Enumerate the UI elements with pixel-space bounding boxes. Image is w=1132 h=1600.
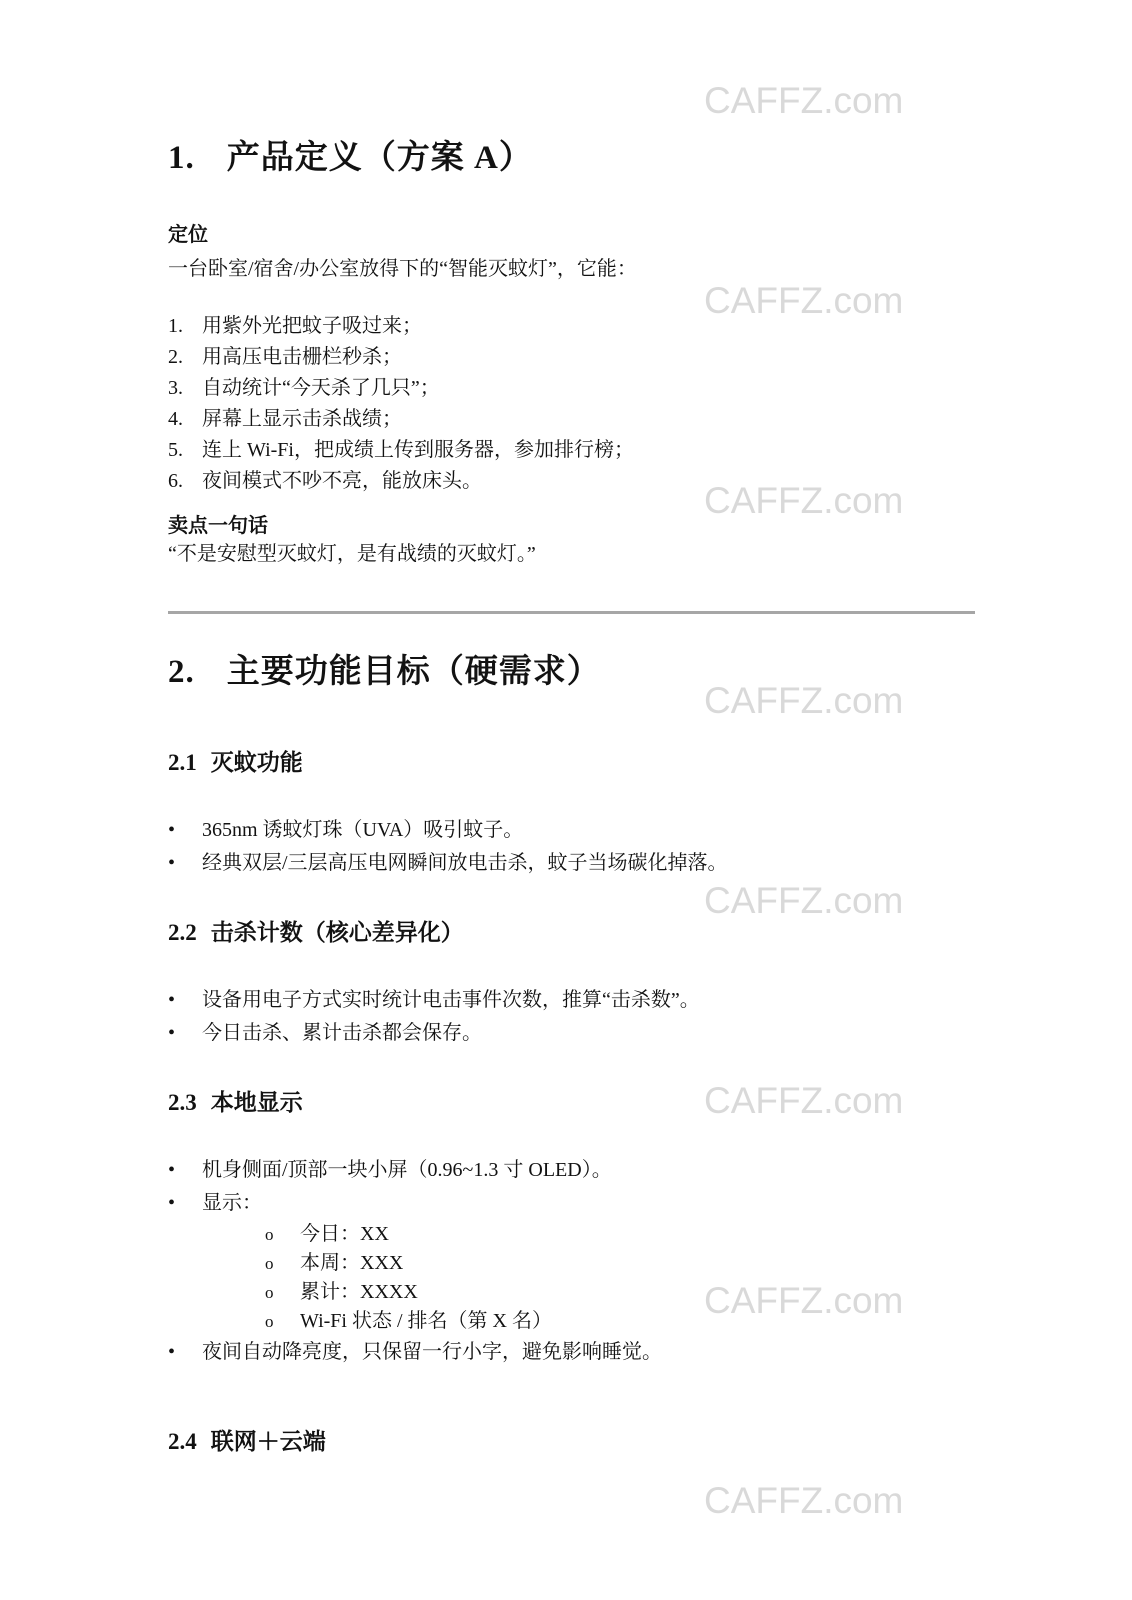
- bullet-list: 365nm 诱蚊灯珠（UVA）吸引蚊子。 经典双层/三层高压电网瞬间放电击杀，蚊…: [168, 814, 975, 880]
- list-item-text: 设备用电子方式实时统计电击事件次数，推算“击杀数”。: [202, 984, 700, 1017]
- bullet-icon: [168, 1336, 202, 1369]
- section-2-4-title: 联网＋云端: [211, 1429, 326, 1454]
- section-2-2-number: 2.2: [168, 918, 197, 948]
- list-item-number: 6.: [168, 466, 202, 497]
- selling-point-text: “不是安慰型灭蚊灯，是有战绩的灭蚊灯。”: [168, 540, 975, 568]
- document-page: CAFFZ.com CAFFZ.com CAFFZ.com CAFFZ.com …: [0, 0, 1132, 1600]
- list-item: 365nm 诱蚊灯珠（UVA）吸引蚊子。: [168, 814, 975, 847]
- watermark: CAFFZ.com: [704, 82, 904, 119]
- sub-list-item-text: Wi-Fi 状态 / 排名（第 X 名）: [300, 1307, 552, 1336]
- bullet-icon: [168, 814, 202, 847]
- list-item-text: 用紫外光把蚊子吸过来；: [202, 311, 422, 342]
- list-item: 4.屏幕上显示击杀战绩；: [168, 404, 975, 435]
- section-2-4-number: 2.4: [168, 1427, 197, 1457]
- bullet-icon: [168, 1017, 202, 1050]
- selling-point-label: 卖点一句话: [168, 512, 975, 540]
- list-item: 5.连上 Wi-Fi，把成绩上传到服务器，参加排行榜；: [168, 435, 975, 466]
- list-item-text: 屏幕上显示击杀战绩；: [202, 404, 402, 435]
- section-1-heading: 1.产品定义（方案 A）: [168, 136, 975, 180]
- list-item-text: 365nm 诱蚊灯珠（UVA）吸引蚊子。: [202, 814, 523, 847]
- section-2-3-title: 本地显示: [211, 1090, 303, 1115]
- list-item: 6.夜间模式不吵不亮，能放床头。: [168, 466, 975, 497]
- sub-list-item: 累计：XXXX: [168, 1278, 975, 1307]
- list-item-text: 自动统计“今天杀了几只”；: [202, 373, 440, 404]
- section-1-number: 1.: [168, 136, 195, 180]
- positioning-label: 定位: [168, 221, 975, 249]
- list-item-number: 1.: [168, 311, 202, 342]
- feature-numbered-list: 1.用紫外光把蚊子吸过来； 2.用高压电击栅栏秒杀； 3.自动统计“今天杀了几只…: [168, 311, 975, 497]
- list-item-number: 2.: [168, 342, 202, 373]
- list-item-text: 今日击杀、累计击杀都会保存。: [202, 1017, 482, 1050]
- circle-bullet-icon: [265, 1278, 300, 1307]
- list-item-number: 5.: [168, 435, 202, 466]
- list-item-number: 4.: [168, 404, 202, 435]
- section-2-2-title: 击杀计数（核心差异化）: [211, 920, 464, 945]
- horizontal-rule: [168, 611, 975, 614]
- sub-list-item: 本周：XXX: [168, 1249, 975, 1278]
- bullet-icon: [168, 847, 202, 880]
- section-2-3-number: 2.3: [168, 1088, 197, 1118]
- list-item: 1.用紫外光把蚊子吸过来；: [168, 311, 975, 342]
- list-item: 设备用电子方式实时统计电击事件次数，推算“击杀数”。: [168, 984, 975, 1017]
- section-2-1-heading: 2.1灭蚊功能: [168, 748, 975, 778]
- positioning-text: 一台卧室/宿舍/办公室放得下的“智能灭蚊灯”，它能：: [168, 255, 975, 283]
- list-item-text: 夜间模式不吵不亮，能放床头。: [202, 466, 482, 497]
- section-2-1-number: 2.1: [168, 748, 197, 778]
- list-item-text: 夜间自动降亮度，只保留一行小字，避免影响睡觉。: [202, 1336, 662, 1369]
- list-item-text: 机身侧面/顶部一块小屏（0.96~1.3 寸 OLED）。: [202, 1154, 612, 1187]
- list-item-text: 连上 Wi-Fi，把成绩上传到服务器，参加排行榜；: [202, 435, 634, 466]
- list-item: 夜间自动降亮度，只保留一行小字，避免影响睡觉。: [168, 1336, 975, 1369]
- list-item: 3.自动统计“今天杀了几只”；: [168, 373, 975, 404]
- sub-list-item: 今日：XX: [168, 1220, 975, 1249]
- list-item-number: 3.: [168, 373, 202, 404]
- circle-bullet-icon: [265, 1249, 300, 1278]
- list-item-text: 显示：: [202, 1187, 262, 1220]
- bullet-icon: [168, 1154, 202, 1187]
- bullet-icon: [168, 1187, 202, 1220]
- list-item-text: 经典双层/三层高压电网瞬间放电击杀，蚊子当场碳化掉落。: [202, 847, 728, 880]
- section-2-number: 2.: [168, 650, 195, 694]
- section-2-1-title: 灭蚊功能: [211, 750, 303, 775]
- circle-bullet-icon: [265, 1220, 300, 1249]
- list-item: 2.用高压电击栅栏秒杀；: [168, 342, 975, 373]
- bullet-icon: [168, 984, 202, 1017]
- sub-list-item-text: 本周：XXX: [300, 1249, 403, 1278]
- watermark: CAFFZ.com: [704, 1482, 904, 1519]
- bullet-list: 设备用电子方式实时统计电击事件次数，推算“击杀数”。 今日击杀、累计击杀都会保存…: [168, 984, 975, 1050]
- list-item-text: 用高压电击栅栏秒杀；: [202, 342, 402, 373]
- list-item: 显示：: [168, 1187, 975, 1220]
- list-item: 今日击杀、累计击杀都会保存。: [168, 1017, 975, 1050]
- section-2-title: 主要功能目标（硬需求）: [227, 654, 601, 690]
- section-1-title: 产品定义（方案 A）: [227, 140, 533, 176]
- section-2-4-heading: 2.4联网＋云端: [168, 1427, 975, 1457]
- list-item: 机身侧面/顶部一块小屏（0.96~1.3 寸 OLED）。: [168, 1154, 975, 1187]
- list-item: 经典双层/三层高压电网瞬间放电击杀，蚊子当场碳化掉落。: [168, 847, 975, 880]
- sub-list-item-text: 今日：XX: [300, 1220, 389, 1249]
- section-2-3-heading: 2.3本地显示: [168, 1088, 975, 1118]
- sub-list-item: Wi-Fi 状态 / 排名（第 X 名）: [168, 1307, 975, 1336]
- sub-list-item-text: 累计：XXXX: [300, 1278, 418, 1307]
- section-2-heading: 2.主要功能目标（硬需求）: [168, 650, 975, 694]
- circle-bullet-icon: [265, 1307, 300, 1336]
- section-2-2-heading: 2.2击杀计数（核心差异化）: [168, 918, 975, 948]
- document-content: 1.产品定义（方案 A） 定位 一台卧室/宿舍/办公室放得下的“智能灭蚊灯”，它…: [0, 136, 1132, 1457]
- bullet-list: 机身侧面/顶部一块小屏（0.96~1.3 寸 OLED）。 显示： 今日：XX …: [168, 1154, 975, 1369]
- display-sub-list: 今日：XX 本周：XXX 累计：XXXX Wi-Fi 状态 / 排名（第 X 名…: [168, 1220, 975, 1336]
